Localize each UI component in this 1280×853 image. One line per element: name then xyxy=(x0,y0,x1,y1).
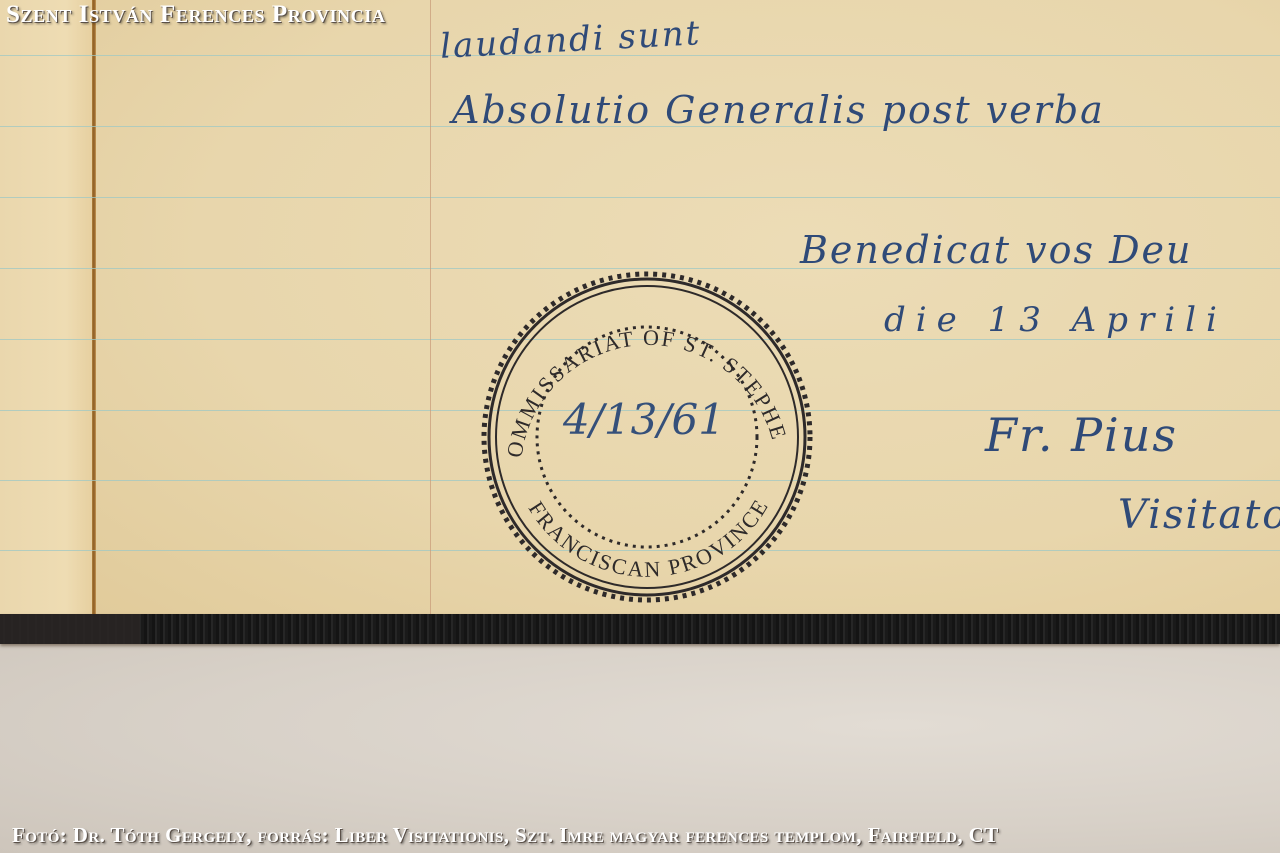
photo-title-caption: Szent István Ferences Provincia xyxy=(6,1,386,29)
left-page xyxy=(0,0,94,614)
signature: Fr. Pius xyxy=(985,408,1178,462)
margin-line xyxy=(430,0,431,614)
seal-stamp: COMMISSARIAT OF ST. STEPHEN FRANCISCAN P… xyxy=(474,264,820,610)
page-gutter xyxy=(92,0,96,614)
table-surface xyxy=(0,640,1280,853)
photo-credit-caption: Fotó: Dr. Tóth Gergely, forrás: Liber Vi… xyxy=(12,823,999,848)
document-photo: laudandi sunt Absolutio Generalis post v… xyxy=(0,0,1280,853)
seal-date: 4/13/61 xyxy=(562,395,725,444)
handwriting-line: Benedicat vos Deu xyxy=(800,228,1193,272)
handwriting-line: Absolutio Generalis post verba xyxy=(452,88,1105,132)
handwriting-line: die 13 Aprili xyxy=(884,300,1227,340)
handwriting-line: Visitator xyxy=(1118,492,1280,538)
book-cover-edge xyxy=(0,614,1280,644)
